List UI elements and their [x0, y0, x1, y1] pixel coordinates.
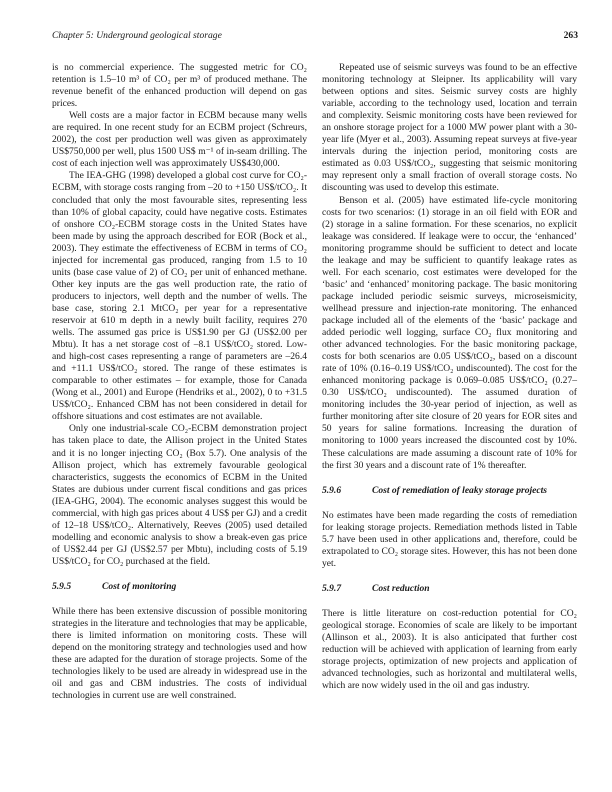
paragraph: No estimates have been made regarding th…	[322, 510, 577, 570]
paragraph: Well costs are a major factor in ECBM be…	[52, 110, 307, 170]
section-number: 5.9.6	[322, 485, 372, 497]
running-title: Chapter 5: Underground geological storag…	[52, 30, 222, 41]
section-title: Cost of remediation of leaky storage pro…	[372, 485, 547, 496]
section-title: Cost reduction	[372, 583, 430, 594]
section-heading-5-9-7: 5.9.7Cost reduction	[322, 583, 577, 595]
paragraph: Benson et al. (2005) have estimated life…	[322, 195, 577, 472]
section-number: 5.9.7	[322, 583, 372, 595]
paragraph: Repeated use of seismic surveys was foun…	[322, 62, 577, 195]
section-heading-5-9-5: 5.9.5Cost of monitoring	[52, 581, 307, 593]
left-column: is no commercial experience. The suggest…	[52, 62, 307, 702]
running-header: Chapter 5: Underground geological storag…	[52, 30, 578, 44]
paragraph: The IEA-GHG (1998) developed a global co…	[52, 170, 307, 423]
section-heading-5-9-6: 5.9.6Cost of remediation of leaky storag…	[322, 485, 577, 497]
paragraph: is no commercial experience. The suggest…	[52, 62, 307, 110]
paragraph: While there has been extensive discussio…	[52, 606, 307, 702]
paragraph: There is little literature on cost-reduc…	[322, 608, 577, 692]
section-title: Cost of monitoring	[102, 581, 176, 592]
section-number: 5.9.5	[52, 581, 102, 593]
right-column: Repeated use of seismic surveys was foun…	[322, 62, 577, 692]
page-number: 263	[564, 30, 578, 41]
paragraph: Only one industrial-scale CO₂-ECBM demon…	[52, 423, 307, 568]
